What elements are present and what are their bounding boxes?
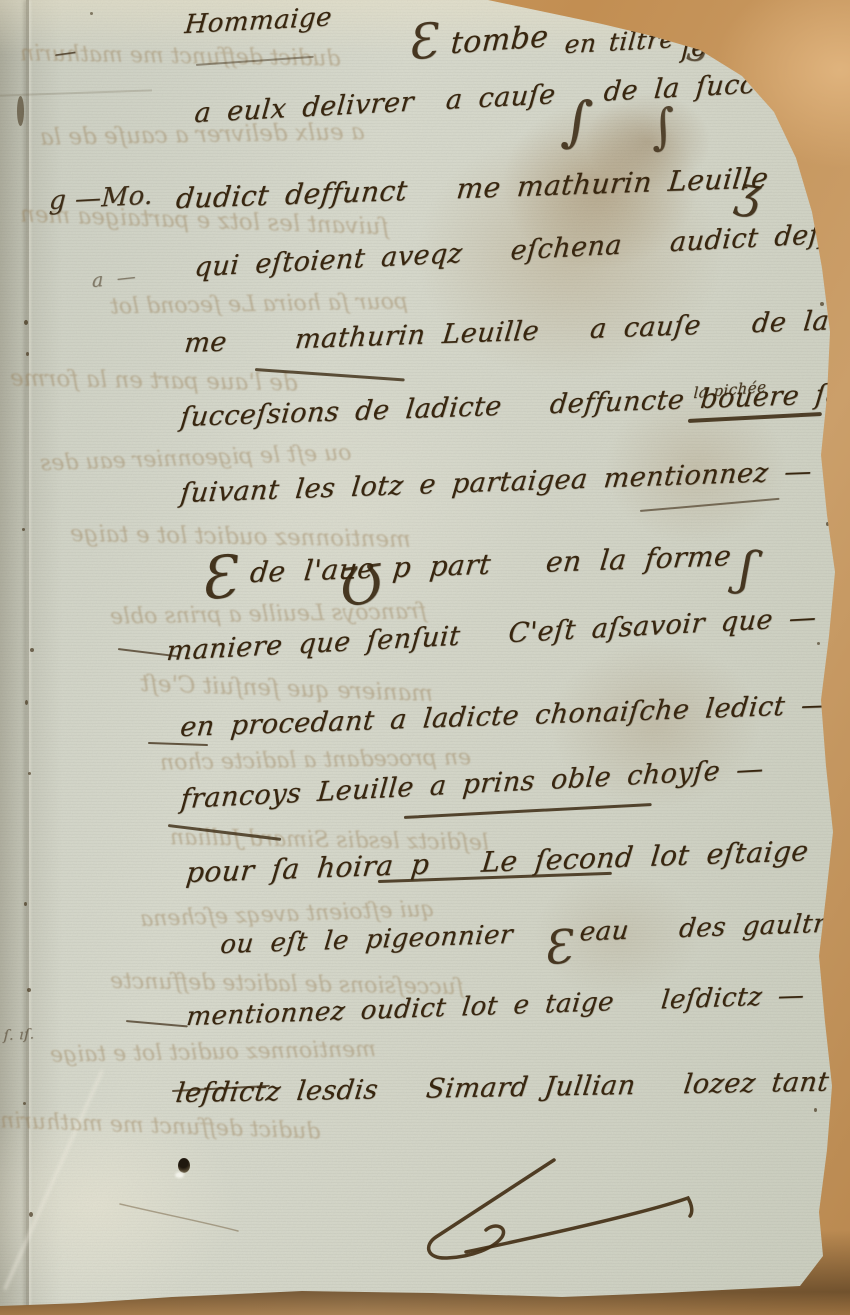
- underline-stroke: [126, 1020, 188, 1027]
- margin-mark: —: [54, 39, 77, 67]
- ink-speck: [25, 700, 28, 705]
- pen-flourish-glyph: ∫: [648, 98, 678, 156]
- manuscript-line: en tiltre: [563, 24, 676, 59]
- margin-mark: ſ. ıſ.: [3, 1026, 35, 1044]
- underline-stroke: [640, 498, 780, 512]
- ink-speck: [817, 642, 820, 645]
- pen-flourish-glyph: ʃ: [736, 540, 757, 597]
- ink-speck: [22, 528, 25, 531]
- ink-speck: [23, 1102, 26, 1105]
- pen-flourish-glyph: Ɛ: [404, 13, 440, 72]
- ink-speck: [26, 352, 29, 356]
- pen-flourish-glyph: Ʊ: [336, 554, 388, 619]
- pen-flourish-glyph: Ɛ: [540, 919, 575, 976]
- ink-speck: [826, 522, 829, 526]
- ink-speck: [823, 982, 827, 986]
- manuscript-page: dudict deffunct me mathurina eulx delivr…: [0, 0, 850, 1315]
- bleedthrough-line: pour ſa hoira Le ſecond lot: [110, 289, 408, 319]
- underline-stroke: [148, 742, 208, 746]
- ink-speck: [28, 772, 31, 775]
- margin-mark: g —Mo.: [48, 181, 153, 217]
- bleedthrough-line: maniere que ſenſuit C'eſt: [140, 671, 434, 707]
- bleedthrough-line: mentionnez oudict lot e taige: [70, 521, 411, 553]
- ink-speck: [29, 1212, 33, 1217]
- diagonal-crease: [3, 1070, 103, 1290]
- ink-speck: [90, 12, 93, 15]
- manuscript-line: tombe: [450, 19, 550, 61]
- ink-speck: [30, 648, 34, 652]
- wormhole: [178, 1158, 190, 1173]
- margin-mark: a —: [92, 265, 136, 292]
- pen-flourish-glyph: Ɛ: [196, 542, 240, 613]
- manuscript-line: dudict deffunct me mathurin Leuille: [175, 161, 771, 215]
- ink-speck: [24, 320, 28, 325]
- manuscript-line: a eulx delivrer a cauſe de la ſucceſs: [193, 66, 798, 129]
- bleedthrough-line: ou eſt le pigeonnier eau des: [40, 441, 352, 477]
- ink-speck: [27, 988, 31, 992]
- bleedthrough-line: mentionnez oudict lot e taige: [50, 1037, 376, 1068]
- ink-speck: [24, 902, 27, 906]
- ink-speck: [814, 1108, 817, 1112]
- manuscript-line: leſdictz lesdis Simard Jullian lozez tan…: [174, 1067, 831, 1109]
- wormhole-glint: [175, 1172, 184, 1178]
- horizontal-crease: [0, 89, 152, 96]
- bleedthrough-line: dudict deffunct me mathurin: [0, 1108, 321, 1144]
- manuscript-line: Hommaige: [183, 2, 333, 40]
- underline-stroke: [404, 803, 652, 819]
- pen-flourish-glyph: ∫: [559, 88, 595, 156]
- ink-speck: [820, 302, 824, 306]
- table-surface: dudict deffunct me mathurina eulx delivr…: [0, 0, 850, 1315]
- ink-speck: [17, 96, 24, 126]
- pen-flourish-glyph: ʒ: [687, 22, 710, 64]
